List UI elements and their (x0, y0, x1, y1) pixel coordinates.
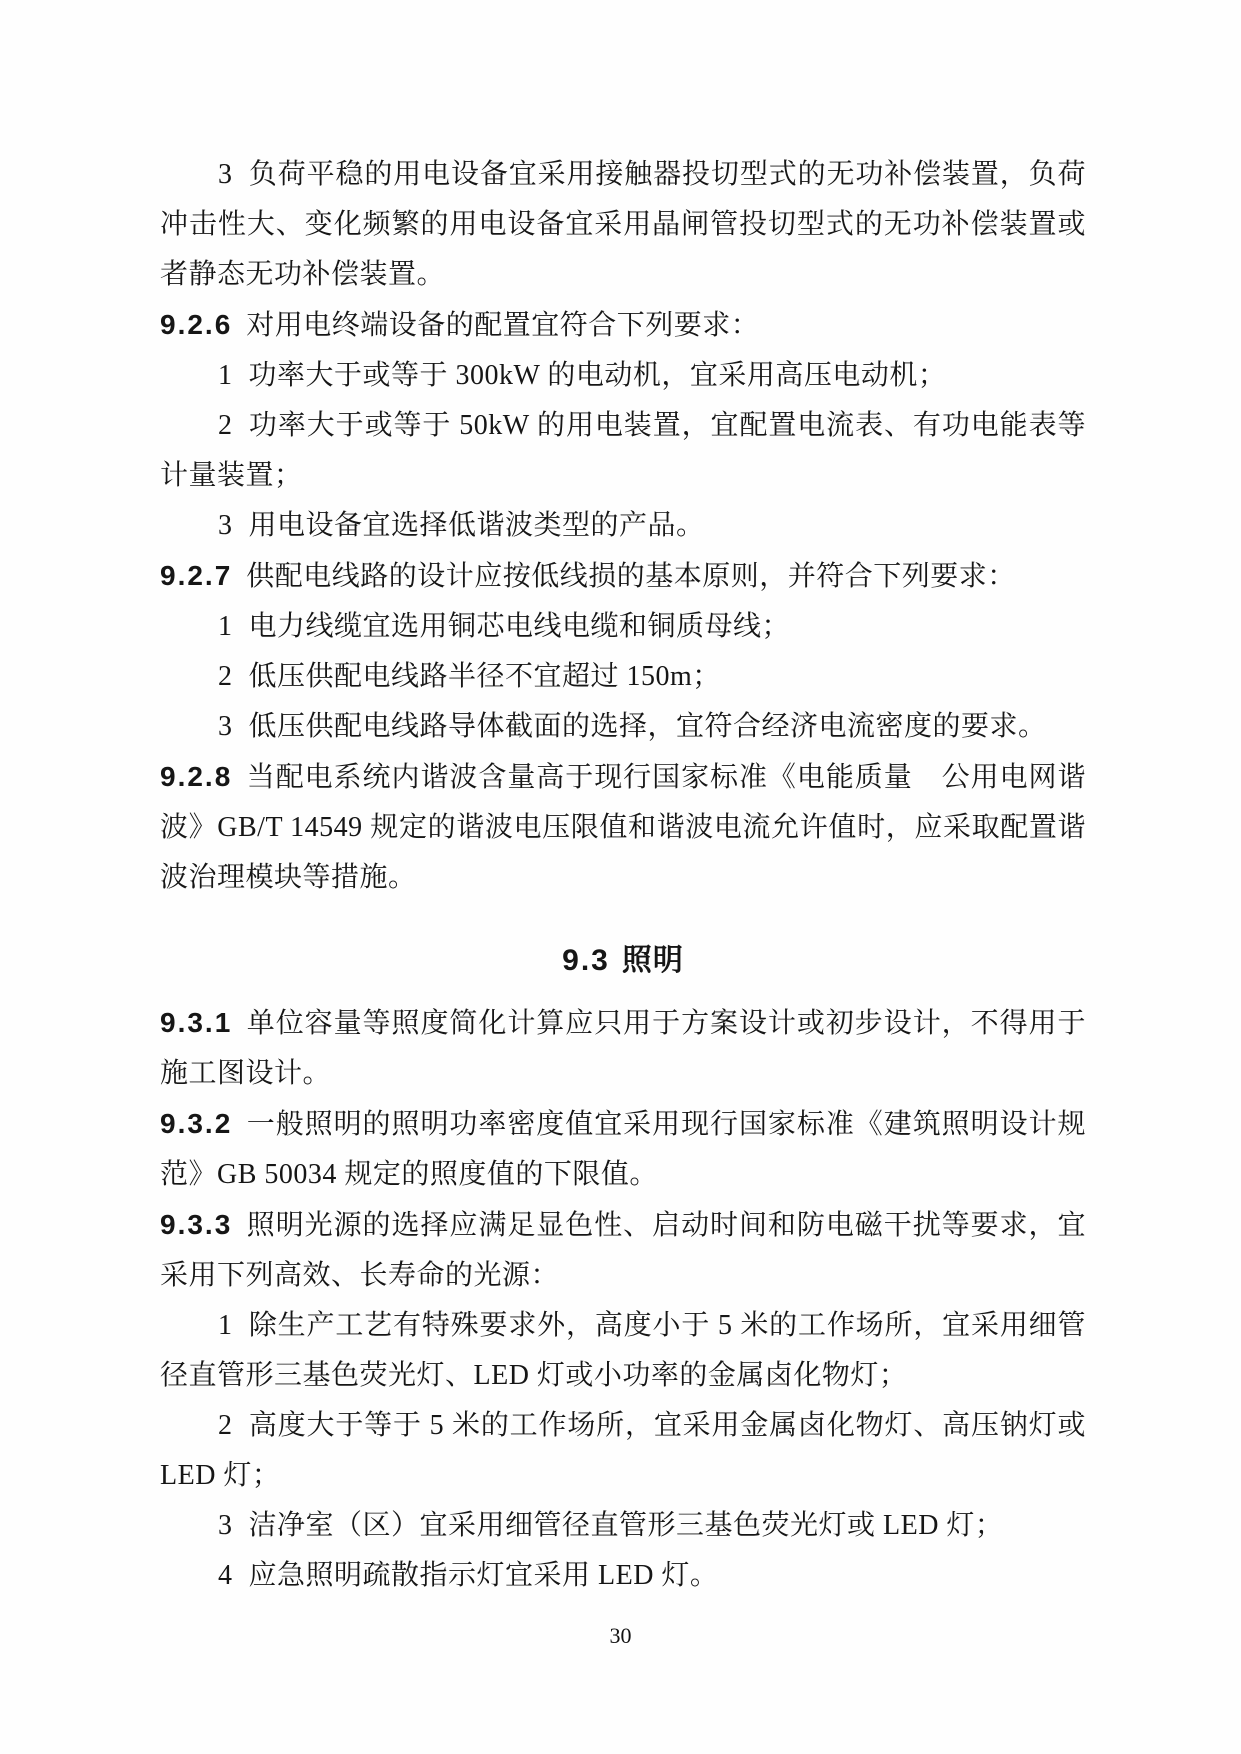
list-item: 4应急照明疏散指示灯宜采用 LED 灯。 (160, 1551, 1086, 1601)
clause-9-2-8: 9.2.8当配电系统内谐波含量高于现行国家标准《电能质量 公用电网谐波》GB/T… (160, 752, 1086, 903)
list-item: 3低压供配电线路导体截面的选择，宜符合经济电流密度的要求。 (160, 702, 1086, 752)
clause-number: 9.3.2 (160, 1108, 232, 1139)
item-text: 低压供配电线路半径不宜超过 150m； (249, 661, 721, 692)
list-item: 2高度大于等于 5 米的工作场所，宜采用金属卤化物灯、高压钠灯或 LED 灯； (160, 1401, 1086, 1501)
clause-9-2-7: 9.2.7供配电线路的设计应按低线损的基本原则，并符合下列要求： (160, 551, 1086, 602)
item-text: 洁净室（区）宜采用细管径直管形三基色荧光灯或 LED 灯； (249, 1510, 1004, 1541)
clause-text: 当配电系统内谐波含量高于现行国家标准《电能质量 公用电网谐波》GB/T 1454… (160, 762, 1086, 893)
clause-9-3-3: 9.3.3照明光源的选择应满足显色性、启动时间和防电磁干扰等要求，宜采用下列高效… (160, 1200, 1086, 1301)
item-number: 2 (218, 661, 233, 692)
list-item: 3负荷平稳的用电设备宜采用接触器投切型式的无功补偿装置，负荷冲击性大、变化频繁的… (160, 150, 1086, 300)
item-number: 3 (218, 711, 233, 742)
list-item: 1除生产工艺有特殊要求外，高度小于 5 米的工作场所，宜采用细管径直管形三基色荧… (160, 1301, 1086, 1401)
clause-text: 对用电终端设备的配置宜符合下列要求： (246, 310, 759, 341)
list-item: 2功率大于或等于 50kW 的用电装置，宜配置电流表、有功电能表等计量装置； (160, 401, 1086, 501)
item-text: 应急照明疏散指示灯宜采用 LED 灯。 (249, 1560, 719, 1591)
item-text: 用电设备宜选择低谐波类型的产品。 (249, 510, 705, 541)
item-number: 1 (218, 611, 233, 642)
item-number: 4 (218, 1560, 233, 1591)
item-text: 高度大于等于 5 米的工作场所，宜采用金属卤化物灯、高压钠灯或 LED 灯； (160, 1410, 1086, 1491)
list-item: 1功率大于或等于 300kW 的电动机，宜采用高压电动机； (160, 351, 1086, 401)
list-item: 2低压供配电线路半径不宜超过 150m； (160, 652, 1086, 702)
item-text: 负荷平稳的用电设备宜采用接触器投切型式的无功补偿装置，负荷冲击性大、变化频繁的用… (160, 159, 1086, 290)
section-heading-label: 照明 (622, 944, 684, 977)
section-heading-number: 9.3 (562, 944, 610, 977)
item-number: 1 (218, 1310, 233, 1341)
list-item: 3用电设备宜选择低谐波类型的产品。 (160, 501, 1086, 551)
clause-number: 9.3.3 (160, 1209, 232, 1240)
item-number: 3 (218, 159, 233, 190)
item-text: 低压供配电线路导体截面的选择，宜符合经济电流密度的要求。 (249, 711, 1047, 742)
section-heading-9-3: 9.3照明 (160, 936, 1086, 986)
document-page: 3负荷平稳的用电设备宜采用接触器投切型式的无功补偿装置，负荷冲击性大、变化频繁的… (0, 0, 1241, 1754)
clause-9-2-6: 9.2.6对用电终端设备的配置宜符合下列要求： (160, 300, 1086, 351)
clause-number: 9.3.1 (160, 1007, 232, 1038)
item-number: 2 (218, 1410, 233, 1441)
clause-text: 单位容量等照度简化计算应只用于方案设计或初步设计，不得用于施工图设计。 (160, 1008, 1086, 1089)
item-number: 1 (218, 360, 233, 391)
clause-text: 照明光源的选择应满足显色性、启动时间和防电磁干扰等要求，宜采用下列高效、长寿命的… (160, 1210, 1086, 1291)
item-text: 功率大于或等于 50kW 的用电装置，宜配置电流表、有功电能表等计量装置； (160, 410, 1086, 491)
item-number: 2 (218, 410, 233, 441)
clause-number: 9.2.6 (160, 309, 232, 340)
clause-number: 9.2.8 (160, 761, 232, 792)
page-body: 3负荷平稳的用电设备宜采用接触器投切型式的无功补偿装置，负荷冲击性大、变化频繁的… (160, 150, 1086, 1601)
item-text: 除生产工艺有特殊要求外，高度小于 5 米的工作场所，宜采用细管径直管形三基色荧光… (160, 1310, 1086, 1391)
item-text: 电力线缆宜选用铜芯电线电缆和铜质母线； (249, 611, 791, 642)
clause-text: 一般照明的照明功率密度值宜采用现行国家标准《建筑照明设计规范》GB 50034 … (160, 1109, 1086, 1190)
list-item: 1电力线缆宜选用铜芯电线电缆和铜质母线； (160, 602, 1086, 652)
clause-text: 供配电线路的设计应按低线损的基本原则，并符合下列要求： (246, 561, 1016, 592)
clause-number: 9.2.7 (160, 560, 232, 591)
item-text: 功率大于或等于 300kW 的电动机，宜采用高压电动机； (249, 360, 947, 391)
item-number: 3 (218, 1510, 233, 1541)
clause-9-3-2: 9.3.2一般照明的照明功率密度值宜采用现行国家标准《建筑照明设计规范》GB 5… (160, 1099, 1086, 1200)
list-item: 3洁净室（区）宜采用细管径直管形三基色荧光灯或 LED 灯； (160, 1501, 1086, 1551)
clause-9-3-1: 9.3.1单位容量等照度简化计算应只用于方案设计或初步设计，不得用于施工图设计。 (160, 998, 1086, 1099)
page-number: 30 (0, 1622, 1241, 1650)
item-number: 3 (218, 510, 233, 541)
